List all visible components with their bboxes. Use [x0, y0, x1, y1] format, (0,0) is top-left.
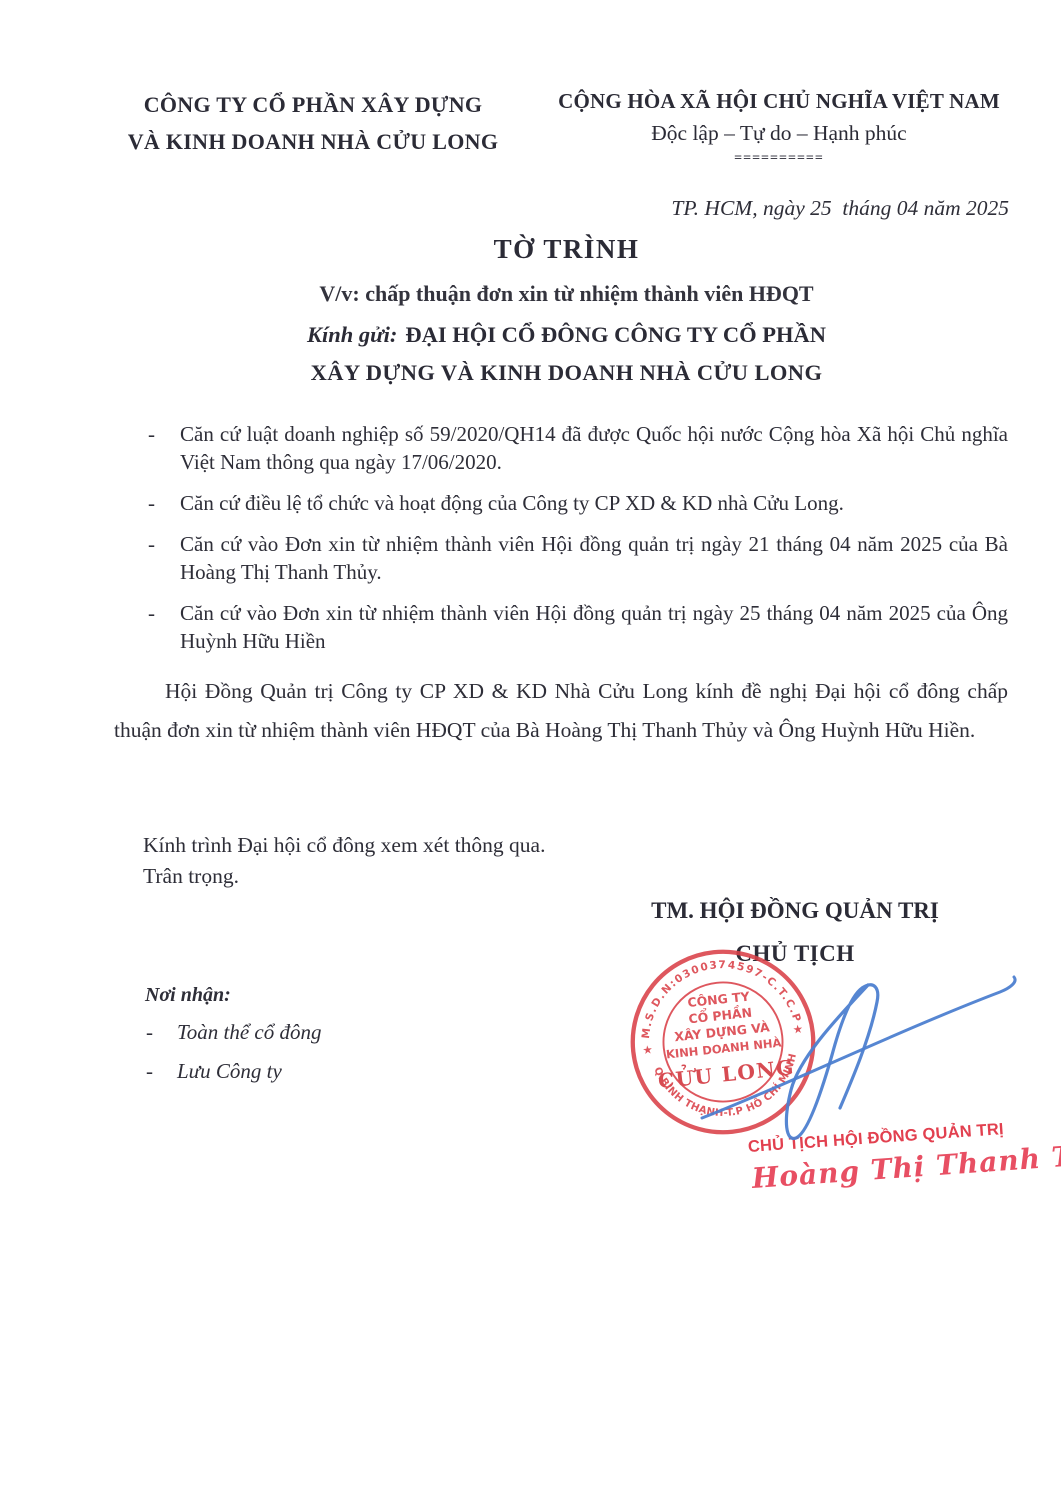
national-motto: Độc lập – Tự do – Hạnh phúc	[548, 116, 1010, 150]
date-line: TP. HCM, ngày 25 tháng 04 năm 2025	[671, 196, 1009, 221]
basis-list: - Căn cứ luật doanh nghiệp số 59/2020/QH…	[146, 420, 1008, 668]
item-dash: -	[146, 1057, 153, 1085]
body-paragraph: Hội Đồng Quản trị Công ty CP XD & KD Nhà…	[114, 672, 1008, 750]
list-item: - Căn cứ luật doanh nghiệp số 59/2020/QH…	[146, 420, 1008, 476]
bullet-dash: -	[148, 489, 155, 517]
document-subject: V/v: chấp thuận đơn xin từ nhiệm thành v…	[72, 281, 1061, 307]
item-text: Lưu Công ty	[177, 1059, 282, 1083]
distribution-item: - Lưu Công ty	[145, 1057, 321, 1085]
bullet-text: Căn cứ luật doanh nghiệp số 59/2020/QH14…	[180, 422, 1008, 474]
document-title: TỜ TRÌNH	[72, 234, 1061, 265]
bullet-dash: -	[148, 599, 155, 627]
closing-line2: Trân trọng.	[143, 861, 545, 892]
recipient-name-part1: ĐẠI HỘI CỔ ĐÔNG CÔNG TY CỔ PHẦN	[405, 322, 826, 347]
bullet-text: Căn cứ vào Đơn xin từ nhiệm thành viên H…	[180, 601, 1008, 653]
closing-line1: Kính trình Đại hội cổ đông xem xét thông…	[143, 830, 545, 861]
recipient-prefix: Kính gửi:	[307, 322, 397, 347]
company-header: CÔNG TY CỔ PHẦN XÂY DỰNG VÀ KINH DOANH N…	[112, 86, 514, 160]
signature-tail-stroke	[702, 977, 1015, 1118]
recipient-line2: XÂY DỰNG VÀ KINH DOANH NHÀ CỬU LONG	[72, 360, 1061, 386]
distribution-list: Nơi nhận: - Toàn thể cổ đông - Lưu Công …	[145, 984, 321, 1085]
national-title: CỘNG HÒA XÃ HỘI CHỦ NGHĨA VIỆT NAM	[548, 86, 1010, 116]
item-text: Toàn thể cổ đông	[177, 1020, 321, 1044]
distribution-label: Nơi nhận:	[145, 984, 321, 1007]
bullet-dash: -	[148, 420, 155, 448]
closing-block: Kính trình Đại hội cổ đông xem xét thông…	[143, 830, 545, 892]
company-name-line2: VÀ KINH DOANH NHÀ CỬU LONG	[112, 123, 514, 160]
list-item: - Căn cứ điều lệ tổ chức và hoạt động củ…	[146, 489, 1008, 517]
motto-divider: ==========	[548, 150, 1010, 168]
distribution-item: - Toàn thể cổ đông	[145, 1018, 321, 1046]
list-item: - Căn cứ vào Đơn xin từ nhiệm thành viên…	[146, 599, 1008, 655]
title-block: TỜ TRÌNH V/v: chấp thuận đơn xin từ nhiệ…	[72, 234, 1061, 386]
bullet-dash: -	[148, 530, 155, 558]
document-page: CÔNG TY CỔ PHẦN XÂY DỰNG VÀ KINH DOANH N…	[0, 0, 1061, 1500]
item-dash: -	[146, 1018, 153, 1046]
recipient-line1: Kính gửi:ĐẠI HỘI CỔ ĐÔNG CÔNG TY CỔ PHẦN	[72, 322, 1061, 348]
bullet-text: Căn cứ điều lệ tổ chức và hoạt động của …	[180, 491, 844, 515]
signature-on-behalf: TM. HỘI ĐỒNG QUẢN TRỊ	[530, 898, 1060, 924]
list-item: - Căn cứ vào Đơn xin từ nhiệm thành viên…	[146, 530, 1008, 586]
company-name-line1: CÔNG TY CỔ PHẦN XÂY DỰNG	[112, 86, 514, 123]
handwritten-signature	[600, 950, 1030, 1210]
national-header: CỘNG HÒA XÃ HỘI CHỦ NGHĨA VIỆT NAM Độc l…	[548, 86, 1010, 168]
bullet-text: Căn cứ vào Đơn xin từ nhiệm thành viên H…	[180, 532, 1008, 584]
